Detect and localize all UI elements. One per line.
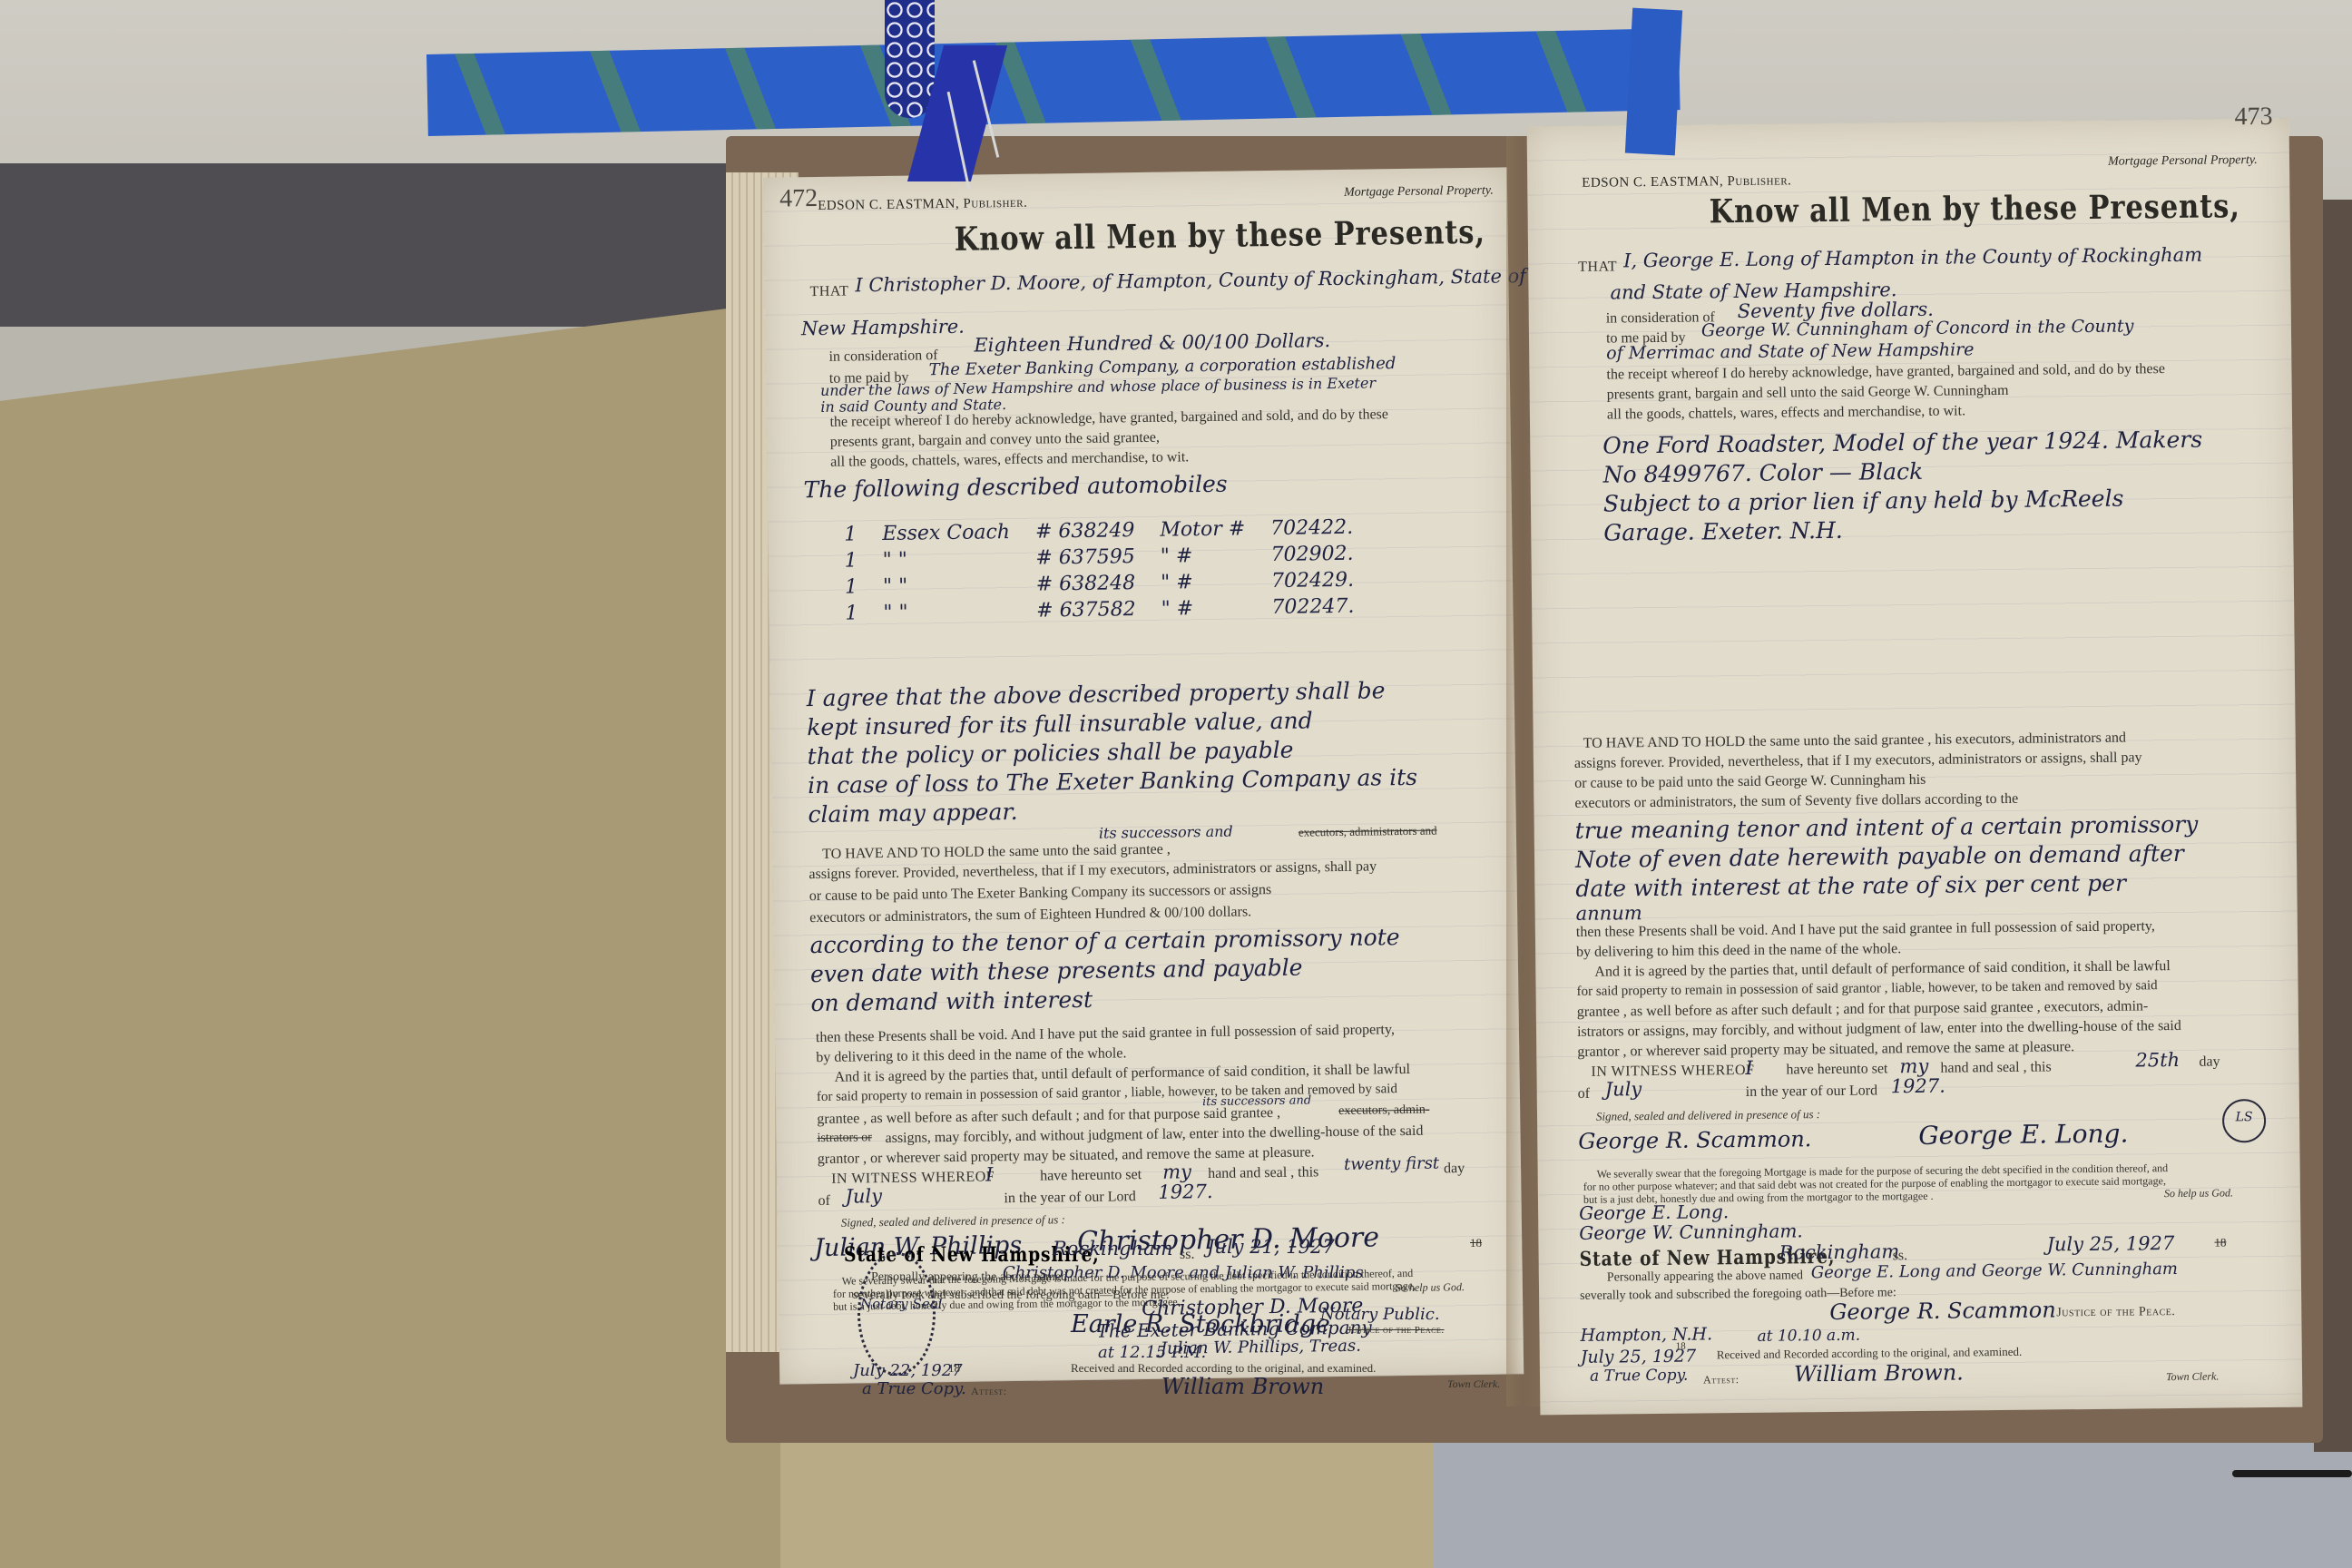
possession-line-6: istrators or assigns, may forcibly, and … (1577, 1018, 2181, 1041)
notary-seal: Notary Seal (857, 1252, 936, 1376)
grant-line: presents grant, bargain and sell unto th… (1607, 383, 2009, 404)
ledger-page-473: 473 EDSON C. EASTMAN, Publisher. Mortgag… (1527, 119, 2303, 1416)
habendum-hand-4: annum (1576, 902, 1642, 925)
recording-attest-label: Attest: (971, 1385, 1007, 1398)
habendum-interlinear: its successors and (1099, 823, 1233, 842)
that-label: THAT (1578, 259, 1617, 275)
ack-date: July 25, 1927 (2046, 1232, 2174, 1255)
habendum-line-1: TO HAVE AND TO HOLD the same unto the sa… (822, 842, 1171, 863)
ack-official-title: Justice of the Peace. (2056, 1305, 2175, 1320)
paid-by-cont: of Merrimac and State of New Hampshire (1606, 339, 1975, 363)
possession-line-2: by delivering to him this deed in the na… (1576, 941, 1901, 961)
vehicle-model: " " (870, 572, 1024, 600)
habendum-hand-2: Note of even date herewith payable on de… (1575, 840, 2184, 873)
motor-number: 702429. (1259, 567, 1367, 595)
tan-folder (0, 299, 799, 1568)
oath-closing: So help us God. (1396, 1280, 1465, 1295)
motor-number: 702422. (1258, 514, 1366, 543)
vehicle-serial: # 637582 (1024, 596, 1149, 624)
recording-true-copy: a True Copy. (1590, 1367, 1689, 1386)
tan-folder-lower (780, 1434, 1434, 1568)
grantor-signature: George E. Long. (1918, 1119, 2128, 1151)
recording-date: July 22, 1927 (853, 1361, 963, 1380)
witness-set-label: have hereunto set (1786, 1061, 1887, 1078)
ack-struck-18: 18 (1470, 1236, 1482, 1250)
grantor-line-2: New Hampshire. (801, 316, 965, 340)
ack-struck-18: 18 (2214, 1235, 2226, 1249)
goods-line: all the goods, chattels, wares, effects … (1607, 403, 1965, 423)
ack-official-signature: George R. Scammon (1829, 1297, 2056, 1325)
witness-year: 1927. (1158, 1181, 1212, 1203)
consideration-label: in consideration of (1606, 309, 1715, 327)
motor-label: " # (1148, 542, 1259, 570)
habendum-hand-1: true meaning tenor and intent of a certa… (1575, 811, 2199, 844)
insurance-clause-5: claim may appear. (808, 799, 1017, 828)
possession-line-7: grantor , or wherever said property may … (818, 1144, 1315, 1168)
page-heading: Know all Men by these Presents, (1709, 187, 2240, 230)
habendum-line-2: assigns forever. Provided, nevertheless,… (808, 858, 1377, 883)
possession-line-5-struck: executors, admin- (1338, 1103, 1430, 1119)
insurance-clause-1: I agree that the above described propert… (807, 677, 1386, 711)
insurance-clause-2: kept insured for its full insurable valu… (807, 707, 1313, 740)
signed-label: Signed, sealed and delivered in presence… (1596, 1107, 1820, 1124)
vehicle-serial: # 638249 (1023, 517, 1148, 545)
possession-line-1: then these Presents shall be void. And I… (816, 1022, 1395, 1046)
goods-line: all the goods, chattels, wares, effects … (830, 449, 1189, 471)
witness-hand-seal: hand and seal , this (1208, 1164, 1318, 1182)
ack-official-title: Notary Public. (1320, 1305, 1440, 1324)
publisher-line: EDSON C. EASTMAN, Publisher. (818, 196, 1027, 214)
dark-background-band (0, 163, 817, 327)
category-label: Mortgage Personal Property. (2108, 153, 2258, 170)
recording-clerk-signature: William Brown (1161, 1374, 1324, 1399)
habendum-struck: executors, administrators and (1298, 823, 1437, 839)
witness-signature: George R. Scammon. (1578, 1126, 1811, 1154)
habendum-hand-2: even date with these presents and payabl… (810, 955, 1303, 988)
possession-line-3: And it is agreed by the parties that, un… (1594, 958, 2171, 981)
category-label: Mortgage Personal Property. (1344, 184, 1494, 201)
ack-official-signature: Earle R. Stockbridge (1071, 1310, 1330, 1338)
motor-label: " # (1148, 594, 1259, 622)
habendum-hand-3: on demand with interest (810, 986, 1093, 1016)
possession-line-1: then these Presents shall be void. And I… (1576, 918, 2155, 941)
recording-clerk-title: Town Clerk. (2166, 1370, 2219, 1385)
vehicle-qty: 1 (832, 573, 870, 601)
consideration-amount: Eighteen Hundred & 00/100 Dollars. (974, 329, 1330, 356)
vehicle-model: " " (869, 545, 1023, 573)
motor-number: 702247. (1259, 593, 1367, 622)
possession-line-4: for said property to remain in possessio… (1576, 978, 2157, 1000)
witness-day-label: day (1444, 1161, 1465, 1177)
witness-pronoun: my (1162, 1161, 1191, 1182)
witness-year-label: in the year of our Lord (1746, 1083, 1877, 1101)
ls-seal-text: LS (2224, 1110, 2264, 1124)
witness-year: 1927. (1891, 1075, 1945, 1098)
vehicle-serial: # 638248 (1024, 570, 1149, 598)
grantor-line-1: I Christopher D. Moore, of Hampton, Coun… (855, 265, 1526, 296)
witness-set-label: have hereunto set (1040, 1167, 1142, 1185)
ls-seal: LS (2222, 1099, 2267, 1143)
description-line-4: Garage. Exeter. N.H. (1603, 517, 1843, 546)
recording-place: Hampton, N.H. (1580, 1324, 1712, 1346)
vehicle-list: 1 Essex Coach # 638249 Motor # 702422. 1… (831, 514, 1367, 627)
possession-line-6-struck: istrators or (817, 1131, 871, 1146)
ack-struck-title: Justice of the Peace. (1347, 1325, 1445, 1336)
description-line-2: No 8499767. Color — Black (1602, 458, 1923, 488)
witness-hand-seal: hand and seal , this (1940, 1059, 2051, 1076)
habendum-hand-1: according to the tenor of a certain prom… (809, 924, 1399, 958)
witness-month: July (845, 1185, 882, 1208)
habendum-line-3: or cause to be paid unto The Exeter Bank… (809, 882, 1272, 905)
possession-line-2: by delivering to it this deed in the nam… (816, 1045, 1126, 1066)
possession-line-6: assigns, may forcibly, and without judgm… (885, 1123, 1423, 1147)
vehicle-model: " " (870, 598, 1024, 626)
recording-true-copy: a True Copy. (862, 1379, 966, 1398)
grant-line: presents grant, bargain and convey unto … (830, 430, 1160, 451)
witness-day-label: day (2199, 1053, 2220, 1070)
recording-clerk-signature: William Brown. (1794, 1359, 1964, 1387)
vehicle-qty: 1 (832, 600, 870, 627)
description-line-1: One Ford Roadster, Model of the year 192… (1602, 426, 2202, 459)
witness-who: I (1745, 1057, 1753, 1079)
grantor-line-1: I, George E. Long of Hampton in the Coun… (1623, 244, 2202, 272)
possession-line-7: grantor , or wherever said property may … (1577, 1039, 2074, 1061)
ack-county: Rockingham (1779, 1240, 1899, 1263)
ack-appearing-label: Personally appearing the above named (1607, 1269, 1803, 1285)
ledger-page-472: 472 EDSON C. EASTMAN, Publisher. Mortgag… (763, 167, 1524, 1384)
witness-pronoun: my (1899, 1055, 1928, 1077)
page-number: 473 (2234, 103, 2272, 132)
signed-label: Signed, sealed and delivered in presence… (841, 1212, 1065, 1230)
vehicle-serial: # 637595 (1023, 544, 1148, 572)
table-surface (1434, 1425, 2352, 1568)
receipt-line: the receipt whereof I do hereby acknowle… (1606, 361, 2165, 383)
motor-label: " # (1148, 568, 1259, 596)
insurance-clause-3: that the policy or policies shall be pay… (807, 737, 1293, 769)
motor-label: Motor # (1147, 515, 1258, 544)
description-intro: The following described automobiles (803, 471, 1227, 504)
witness-day: twenty first (1344, 1153, 1439, 1173)
ack-appearing-names: Christopher D. Moore and Julian W. Phill… (1003, 1263, 1364, 1282)
habendum-line-3: or cause to be paid unto the said George… (1574, 772, 1926, 792)
recording-clerk-title: Town Clerk. (1447, 1377, 1500, 1391)
ack-date: July 21, 1927 (1207, 1236, 1335, 1258)
ack-county: Rockingham (1053, 1238, 1173, 1259)
habendum-line-1: TO HAVE AND TO HOLD the same unto the sa… (1583, 730, 2126, 752)
ack-appearing-names: George E. Long and George W. Cunningham (1811, 1259, 2178, 1282)
recording-time: at 12.15 P.M. (1098, 1343, 1206, 1362)
consideration-label: in consideration of (828, 348, 937, 366)
page-number: 472 (779, 184, 818, 214)
description-line-3: Subject to a prior lien if any held by M… (1603, 485, 2124, 517)
motor-number: 702902. (1258, 541, 1366, 569)
recording-attest-label: Attest: (1703, 1373, 1739, 1387)
vehicle-qty: 1 (831, 547, 869, 574)
vehicle-model: Essex Coach (869, 519, 1023, 547)
recording-printed-18: 18 (948, 1361, 960, 1376)
recording-printed-18: 18 (1676, 1341, 1686, 1352)
habendum-line-4: executors or administrators, the sum of … (1574, 791, 2018, 812)
habendum-line-4: executors or administrators, the sum of … (809, 904, 1251, 926)
ack-ss: ss. (1180, 1247, 1194, 1263)
possession-line-5: grantee , as well before as after such d… (1577, 998, 2149, 1021)
oath-closing: So help us God. (2164, 1186, 2233, 1200)
possession-line-5: grantee , as well before as after such d… (817, 1105, 1280, 1128)
recording-received-label: Received and Recorded according to the o… (1717, 1345, 2023, 1363)
notary-seal-text: Notary Seal (860, 1296, 933, 1312)
that-label: THAT (809, 283, 848, 300)
witness-of-label: of (818, 1193, 830, 1210)
witness-day: 25th (2135, 1049, 2180, 1072)
witness-year-label: in the year of our Lord (1004, 1189, 1136, 1207)
habendum-line-2: assigns forever. Provided, nevertheless,… (1574, 750, 2142, 772)
page-heading: Know all Men by these Presents, (954, 213, 1485, 259)
paid-by: George W. Cunningham of Concord in the C… (1701, 316, 2134, 340)
recording-time: at 10.10 a.m. (1757, 1327, 1860, 1346)
oath-signature-2: George W. Cunningham. (1579, 1220, 1803, 1244)
habendum-hand-3: date with interest at the rate of six pe… (1575, 870, 2126, 902)
cable (2232, 1470, 2352, 1477)
witness-of-label: of (1578, 1086, 1591, 1102)
blue-tape-end (1625, 8, 1682, 156)
witness-month: July (1605, 1078, 1642, 1100)
binder-clip-decorative-disc (885, 0, 935, 118)
vehicle-qty: 1 (831, 521, 869, 548)
insurance-clause-4: in case of loss to The Exeter Banking Co… (808, 764, 1417, 799)
witness-who: I (985, 1163, 994, 1185)
publisher-line: EDSON C. EASTMAN, Publisher. (1582, 173, 1791, 191)
